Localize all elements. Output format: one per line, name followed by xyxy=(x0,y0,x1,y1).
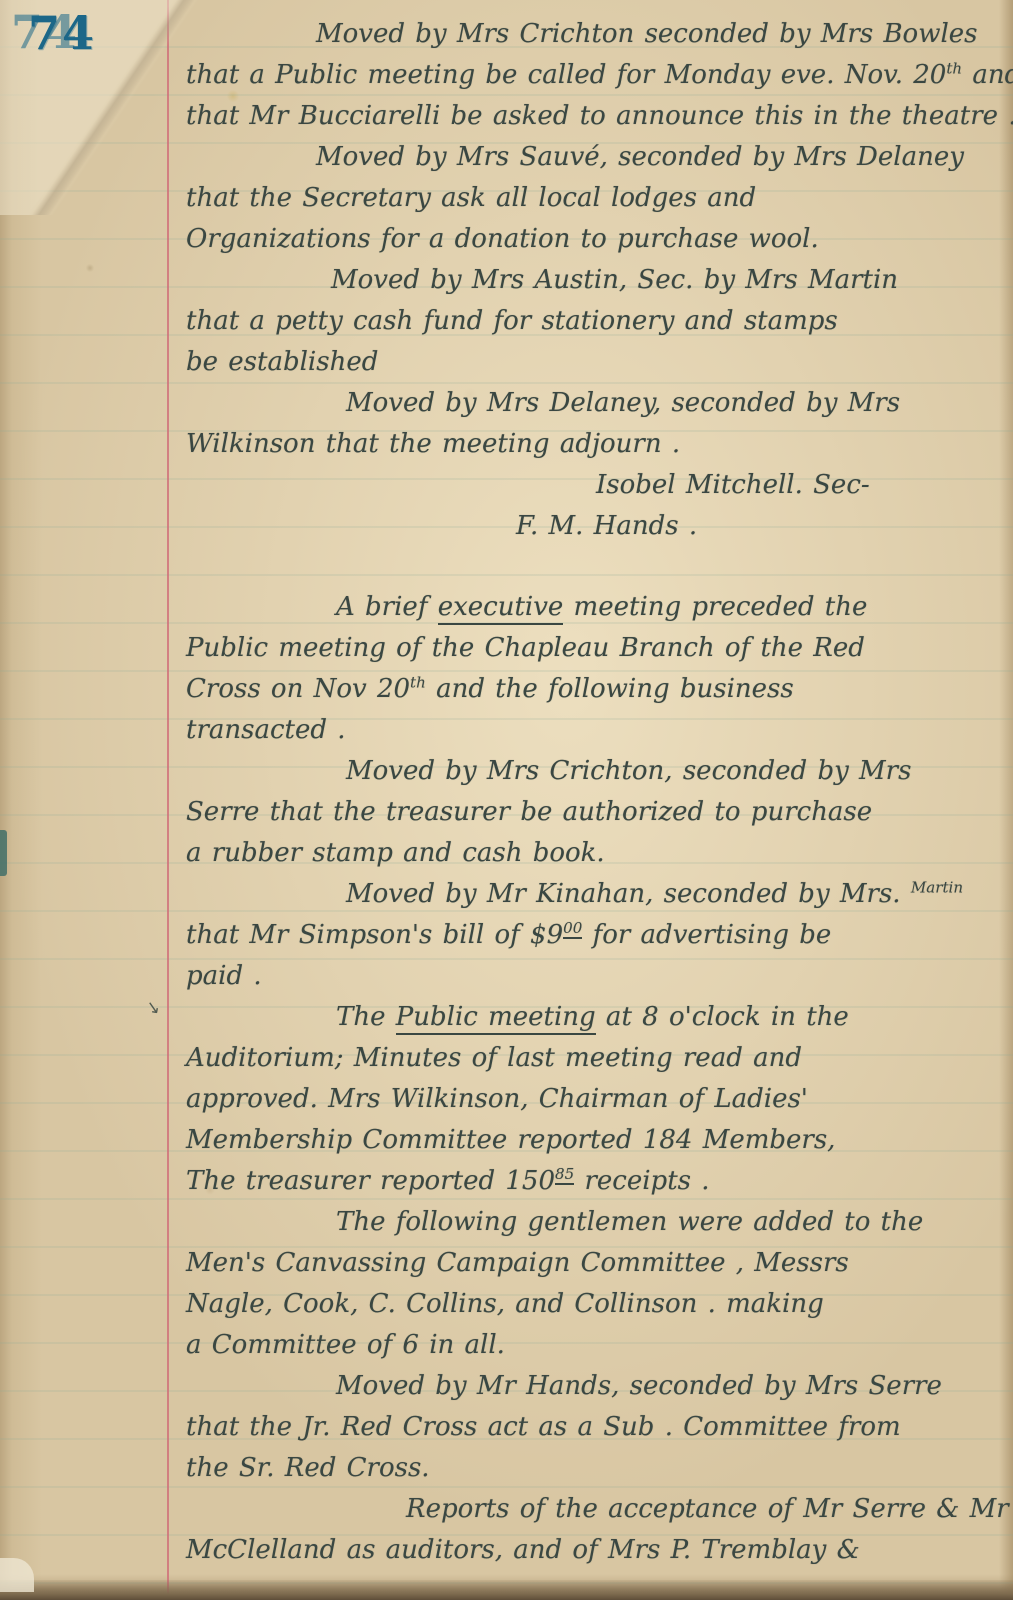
handwritten-line: paid . xyxy=(186,956,976,997)
handwritten-line: Moved by Mr Kinahan, seconded by Mrs. Ma… xyxy=(186,874,976,915)
text-segment: Moved by Mrs Crichton, seconded by Mrs xyxy=(346,756,911,786)
text-segment: The following gentlemen were added to th… xyxy=(336,1207,923,1237)
text-segment: Public meeting of the Chapleau Branch of… xyxy=(186,633,865,663)
handwritten-line: Moved by Mrs Austin, Sec. by Mrs Martin xyxy=(186,260,976,301)
text-segment: The treasurer reported 150 xyxy=(186,1166,555,1196)
text-segment: Isobel Mitchell. Sec- xyxy=(596,470,870,500)
text-segment: McClelland as auditors, and of Mrs P. Tr… xyxy=(186,1535,860,1565)
bottom-page-edge xyxy=(0,1580,1013,1600)
handwritten-line: approved. Mrs Wilkinson, Chairman of Lad… xyxy=(186,1079,976,1120)
text-segment: for advertising be xyxy=(582,920,831,950)
text-segment: a rubber stamp and cash book. xyxy=(186,838,605,868)
handwritten-line: Moved by Mrs Delaney, seconded by Mrs xyxy=(186,383,976,424)
handwritten-line: transacted . xyxy=(186,710,976,751)
text-segment: Membership Committee reported 184 Member… xyxy=(186,1125,835,1155)
text-segment: Moved by Mrs Sauvé, seconded by Mrs Dela… xyxy=(316,142,964,172)
handwritten-line: a Committee of 6 in all. xyxy=(186,1325,976,1366)
text-segment: that the Jr. Red Cross act as a Sub . Co… xyxy=(186,1412,901,1442)
text-segment: be established xyxy=(186,347,378,377)
handwritten-line: Nagle, Cook, C. Collins, and Collinson .… xyxy=(186,1284,976,1325)
handwritten-line: The Public meeting at 8 o'clock in the xyxy=(186,997,976,1038)
text-segment: a Committee of 6 in all. xyxy=(186,1330,505,1360)
text-segment: Moved by Mrs Delaney, seconded by Mrs xyxy=(346,388,900,418)
handwritten-line: Serre that the treasurer be authorized t… xyxy=(186,792,976,833)
text-segment: Reports of the acceptance of Mr Serre & … xyxy=(406,1494,1009,1524)
handwritten-line: Wilkinson that the meeting adjourn . xyxy=(186,424,976,465)
text-segment: Moved by Mr Kinahan, seconded by Mrs. xyxy=(346,879,911,909)
text-segment: that a petty cash fund for stationery an… xyxy=(186,306,838,336)
handwritten-line: Public meeting of the Chapleau Branch of… xyxy=(186,628,976,669)
handwritten-line: that Mr Simpson's bill of $900 for adver… xyxy=(186,915,976,956)
superscript-text: 85 xyxy=(555,1165,574,1185)
handwritten-line: that the Jr. Red Cross act as a Sub . Co… xyxy=(186,1407,976,1448)
handwritten-line: F. M. Hands . xyxy=(186,506,976,547)
text-segment: Nagle, Cook, C. Collins, and Collinson .… xyxy=(186,1289,824,1319)
handwritten-line: Men's Canvassing Campaign Committee , Me… xyxy=(186,1243,976,1284)
text-segment: Men's Canvassing Campaign Committee , Me… xyxy=(186,1248,849,1278)
handwritten-line: The treasurer reported 15085 receipts . xyxy=(186,1161,976,1202)
text-segment: Serre that the treasurer be authorized t… xyxy=(186,797,872,827)
text-segment: meeting preceded the xyxy=(563,592,867,622)
text-segment: that a Public meeting be called for Mond… xyxy=(186,60,946,90)
text-segment: at 8 o'clock in the xyxy=(596,1002,849,1032)
superscript-text: 00 xyxy=(563,919,582,939)
superscript-text: th xyxy=(946,59,962,77)
handwritten-line: that Mr Bucciarelli be asked to announce… xyxy=(186,96,976,137)
handwritten-line: Moved by Mrs Sauvé, seconded by Mrs Dela… xyxy=(186,137,976,178)
handwritten-line: Auditorium; Minutes of last meeting read… xyxy=(186,1038,976,1079)
text-segment: The xyxy=(336,1002,396,1032)
text-segment: the Sr. Red Cross. xyxy=(186,1453,430,1483)
text-segment: A brief xyxy=(336,592,438,622)
text-segment: that the Secretary ask all local lodges … xyxy=(186,183,756,213)
underlined-text: Public meeting xyxy=(396,1002,596,1035)
page-number: 74 xyxy=(28,6,96,60)
text-segment: transacted . xyxy=(186,715,346,745)
text-segment: Moved by Mrs Austin, Sec. by Mrs Martin xyxy=(331,265,898,295)
text-segment: Organizations for a donation to purchase… xyxy=(186,224,819,254)
handwritten-line: be established xyxy=(186,342,976,383)
handwritten-line: Cross on Nov 20th and the following busi… xyxy=(186,669,976,710)
text-segment: and xyxy=(962,60,1013,90)
text-segment: Auditorium; Minutes of last meeting read… xyxy=(186,1043,802,1073)
handwritten-line: Organizations for a donation to purchase… xyxy=(186,219,976,260)
text-segment: Moved by Mr Hands, seconded by Mrs Serre xyxy=(336,1371,942,1401)
text-segment: Cross on Nov 20 xyxy=(186,674,410,704)
minute-book-page: 74 ↘ Moved by Mrs Crichton seconded by M… xyxy=(0,0,1013,1600)
handwritten-line: the Sr. Red Cross. xyxy=(186,1448,976,1489)
superscript-text: th xyxy=(410,673,426,691)
handwritten-line: Moved by Mrs Crichton, seconded by Mrs xyxy=(186,751,976,792)
handwritten-line: A brief executive meeting preceded the xyxy=(186,587,976,628)
text-segment: that Mr Simpson's bill of $9 xyxy=(186,920,563,950)
text-segment: Moved by Mrs Crichton seconded by Mrs Bo… xyxy=(316,19,978,49)
text-segment: Wilkinson that the meeting adjourn . xyxy=(186,429,680,459)
superscript-text: Martin xyxy=(911,878,963,896)
handwritten-line: a rubber stamp and cash book. xyxy=(186,833,976,874)
handwriting-block: Moved by Mrs Crichton seconded by Mrs Bo… xyxy=(186,14,976,1571)
text-segment: and the following business xyxy=(426,674,794,704)
handwritten-line: Reports of the acceptance of Mr Serre & … xyxy=(186,1489,976,1530)
handwritten-line: Membership Committee reported 184 Member… xyxy=(186,1120,976,1161)
text-segment: F. M. Hands . xyxy=(516,511,697,541)
handwritten-line: Moved by Mrs Crichton seconded by Mrs Bo… xyxy=(186,14,976,55)
handwritten-line: that the Secretary ask all local lodges … xyxy=(186,178,976,219)
handwritten-line: McClelland as auditors, and of Mrs P. Tr… xyxy=(186,1530,976,1571)
handwritten-line: Moved by Mr Hands, seconded by Mrs Serre xyxy=(186,1366,976,1407)
handwritten-line: that a Public meeting be called for Mond… xyxy=(186,55,976,96)
binding-mark xyxy=(0,830,7,876)
text-segment: approved. Mrs Wilkinson, Chairman of Lad… xyxy=(186,1084,808,1114)
text-segment: that Mr Bucciarelli be asked to announce… xyxy=(186,101,1013,131)
handwritten-line: Isobel Mitchell. Sec- xyxy=(186,465,976,506)
margin-line xyxy=(167,0,169,1600)
text-segment: receipts . xyxy=(574,1166,709,1196)
handwritten-line: that a petty cash fund for stationery an… xyxy=(186,301,976,342)
underlined-text: executive xyxy=(438,592,564,625)
text-segment: paid . xyxy=(186,961,262,991)
handwritten-line: The following gentlemen were added to th… xyxy=(186,1202,976,1243)
